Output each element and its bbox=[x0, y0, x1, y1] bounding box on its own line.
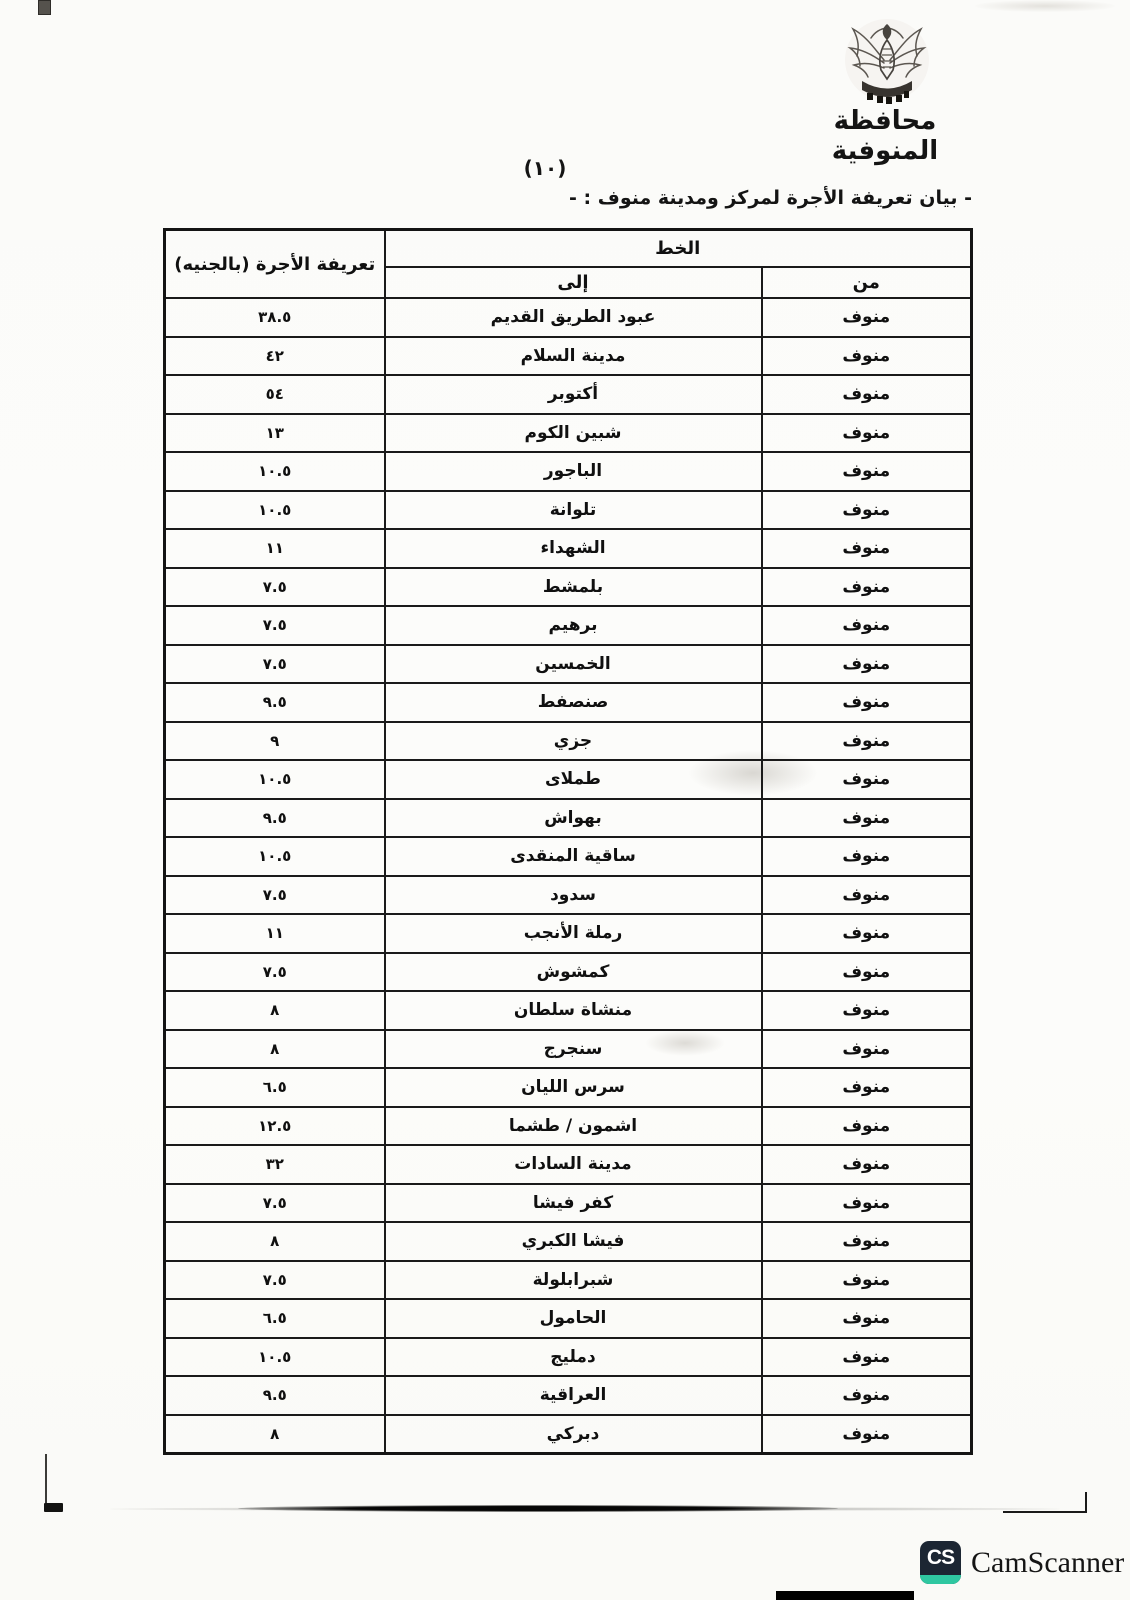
scan-corner-left-foot bbox=[44, 1503, 63, 1512]
table-row: منوف مدينة السادات ٣٢ bbox=[165, 1145, 972, 1184]
fare-cell: ٦.٥ bbox=[165, 1068, 385, 1107]
fare-cell: ٩.٥ bbox=[165, 799, 385, 838]
from-cell: منوف bbox=[762, 1415, 972, 1454]
from-cell: منوف bbox=[762, 337, 972, 376]
to-cell: سدود bbox=[385, 876, 762, 915]
to-cell: شبرابلولة bbox=[385, 1261, 762, 1300]
from-cell: منوف bbox=[762, 1145, 972, 1184]
fare-cell: ٨ bbox=[165, 991, 385, 1030]
to-cell: شبين الكوم bbox=[385, 414, 762, 453]
from-cell: منوف bbox=[762, 914, 972, 953]
from-cell: منوف bbox=[762, 414, 972, 453]
table-row: منوف شبين الكوم ١٣ bbox=[165, 414, 972, 453]
camscanner-icon-text: CS bbox=[927, 1541, 954, 1574]
table-row: منوف كفر فيشا ٧.٥ bbox=[165, 1184, 972, 1223]
table-row: منوف دبركي ٨ bbox=[165, 1415, 972, 1454]
to-cell: سرس الليان bbox=[385, 1068, 762, 1107]
table-row: منوف الحامول ٦.٥ bbox=[165, 1299, 972, 1338]
from-cell: منوف bbox=[762, 1299, 972, 1338]
fare-cell: ١٢.٥ bbox=[165, 1107, 385, 1146]
to-cell: رملة الأنجب bbox=[385, 914, 762, 953]
to-cell: أكتوبر bbox=[385, 375, 762, 414]
fare-cell: ١٠.٥ bbox=[165, 837, 385, 876]
fare-cell: ١٠.٥ bbox=[165, 452, 385, 491]
scan-corner-right bbox=[1003, 1492, 1087, 1513]
to-cell: تلوانة bbox=[385, 491, 762, 530]
scan-artifact-mark bbox=[38, 0, 51, 15]
scanned-document-page: محافظة المنوفية (١٠) - بيان تعريفة الأجر… bbox=[0, 0, 1130, 1600]
scan-corner-left bbox=[45, 1454, 47, 1506]
table-row: منوف سدود ٧.٥ bbox=[165, 876, 972, 915]
from-cell: منوف bbox=[762, 799, 972, 838]
from-cell: منوف bbox=[762, 529, 972, 568]
fare-cell: ١٠.٥ bbox=[165, 491, 385, 530]
from-cell: منوف bbox=[762, 1068, 972, 1107]
camscanner-watermark: CS CamScanner bbox=[920, 1541, 1124, 1584]
to-cell: جزي bbox=[385, 722, 762, 761]
from-cell: منوف bbox=[762, 1107, 972, 1146]
from-cell: منوف bbox=[762, 568, 972, 607]
from-cell: منوف bbox=[762, 491, 972, 530]
table-row: منوف صنصفط ٩.٥ bbox=[165, 683, 972, 722]
fare-cell: ٣٢ bbox=[165, 1145, 385, 1184]
table-row: منوف مدينة السلام ٤٢ bbox=[165, 337, 972, 376]
fare-cell: ١١ bbox=[165, 529, 385, 568]
fare-cell: ٨ bbox=[165, 1030, 385, 1069]
from-cell: منوف bbox=[762, 722, 972, 761]
fare-cell: ٩.٥ bbox=[165, 1376, 385, 1415]
from-cell: منوف bbox=[762, 1184, 972, 1223]
table-row: منوف عبود الطريق القديم ٣٨.٥ bbox=[165, 298, 972, 337]
to-cell: الحامول bbox=[385, 1299, 762, 1338]
table-row: منوف تلوانة ١٠.٥ bbox=[165, 491, 972, 530]
to-cell: بهواش bbox=[385, 799, 762, 838]
from-cell: منوف bbox=[762, 1338, 972, 1377]
camscanner-label: CamScanner bbox=[971, 1541, 1124, 1584]
from-cell: منوف bbox=[762, 298, 972, 337]
fare-cell: ٩ bbox=[165, 722, 385, 761]
page-number: (١٠) bbox=[500, 156, 590, 180]
to-cell: عبود الطريق القديم bbox=[385, 298, 762, 337]
to-cell: كفر فيشا bbox=[385, 1184, 762, 1223]
from-cell: منوف bbox=[762, 876, 972, 915]
header-line: الخط bbox=[385, 230, 972, 268]
fare-cell: ٥٤ bbox=[165, 375, 385, 414]
fare-cell: ١٣ bbox=[165, 414, 385, 453]
fare-cell: ٧.٥ bbox=[165, 1261, 385, 1300]
fare-cell: ٧.٥ bbox=[165, 1184, 385, 1223]
to-cell: الخمسين bbox=[385, 645, 762, 684]
camscanner-icon: CS bbox=[920, 1541, 961, 1584]
document-title: - بيان تعريفة الأجرة لمركز ومدينة منوف :… bbox=[569, 187, 972, 209]
table-row: منوف أكتوبر ٥٤ bbox=[165, 375, 972, 414]
table-header: الخط تعريفة الأجرة (بالجنيه) من إلى bbox=[165, 230, 972, 299]
scan-edge-shadow-dark bbox=[238, 1505, 838, 1512]
fare-cell: ٨ bbox=[165, 1415, 385, 1454]
to-cell: فيشا الكبري bbox=[385, 1222, 762, 1261]
fare-cell: ١٠.٥ bbox=[165, 1338, 385, 1377]
from-cell: منوف bbox=[762, 683, 972, 722]
table-row: منوف الشهداء ١١ bbox=[165, 529, 972, 568]
header-from: من bbox=[762, 267, 972, 298]
fare-cell: ٨ bbox=[165, 1222, 385, 1261]
from-cell: منوف bbox=[762, 1030, 972, 1069]
scan-black-bar bbox=[776, 1591, 914, 1600]
table-row: منوف اشمون / طشما ١٢.٥ bbox=[165, 1107, 972, 1146]
from-cell: منوف bbox=[762, 1222, 972, 1261]
fare-cell: ٤٢ bbox=[165, 337, 385, 376]
from-cell: منوف bbox=[762, 1376, 972, 1415]
to-cell: برهيم bbox=[385, 606, 762, 645]
header-to: إلى bbox=[385, 267, 762, 298]
from-cell: منوف bbox=[762, 375, 972, 414]
from-cell: منوف bbox=[762, 991, 972, 1030]
table-row: منوف رملة الأنجب ١١ bbox=[165, 914, 972, 953]
to-cell: الشهداء bbox=[385, 529, 762, 568]
to-cell: طملاى bbox=[385, 760, 762, 799]
governorate-name: محافظة المنوفية bbox=[790, 106, 980, 166]
fare-cell: ٧.٥ bbox=[165, 645, 385, 684]
from-cell: منوف bbox=[762, 760, 972, 799]
fare-cell: ٣٨.٥ bbox=[165, 298, 385, 337]
table-row: منوف شبرابلولة ٧.٥ bbox=[165, 1261, 972, 1300]
to-cell: سنجرج bbox=[385, 1030, 762, 1069]
table-row: منوف ساقية المنقدى ١٠.٥ bbox=[165, 837, 972, 876]
to-cell: دمليج bbox=[385, 1338, 762, 1377]
table-row: منوف سنجرج ٨ bbox=[165, 1030, 972, 1069]
to-cell: مدينة السلام bbox=[385, 337, 762, 376]
menoufia-eagle-emblem-logo bbox=[840, 16, 935, 108]
to-cell: العراقية bbox=[385, 1376, 762, 1415]
table-body: منوف عبود الطريق القديم ٣٨.٥ منوف مدينة … bbox=[165, 298, 972, 1454]
to-cell: صنصفط bbox=[385, 683, 762, 722]
table-row: منوف دمليج ١٠.٥ bbox=[165, 1338, 972, 1377]
fare-cell: ١١ bbox=[165, 914, 385, 953]
to-cell: منشاة سلطان bbox=[385, 991, 762, 1030]
to-cell: الباجور bbox=[385, 452, 762, 491]
to-cell: دبركي bbox=[385, 1415, 762, 1454]
fare-cell: ٩.٥ bbox=[165, 683, 385, 722]
fare-cell: ٧.٥ bbox=[165, 953, 385, 992]
table-row: منوف بلمشط ٧.٥ bbox=[165, 568, 972, 607]
fare-cell: ٧.٥ bbox=[165, 606, 385, 645]
fare-cell: ٧.٥ bbox=[165, 876, 385, 915]
table-row: منوف برهيم ٧.٥ bbox=[165, 606, 972, 645]
table-row: منوف العراقية ٩.٥ bbox=[165, 1376, 972, 1415]
to-cell: اشمون / طشما bbox=[385, 1107, 762, 1146]
table-row: منوف كمشوش ٧.٥ bbox=[165, 953, 972, 992]
to-cell: ساقية المنقدى bbox=[385, 837, 762, 876]
fare-tariff-table: الخط تعريفة الأجرة (بالجنيه) من إلى منوف… bbox=[163, 228, 973, 1455]
from-cell: منوف bbox=[762, 953, 972, 992]
to-cell: مدينة السادات bbox=[385, 1145, 762, 1184]
table-row: منوف فيشا الكبري ٨ bbox=[165, 1222, 972, 1261]
from-cell: منوف bbox=[762, 837, 972, 876]
table-row: منوف الباجور ١٠.٥ bbox=[165, 452, 972, 491]
to-cell: بلمشط bbox=[385, 568, 762, 607]
header-fare: تعريفة الأجرة (بالجنيه) bbox=[165, 230, 385, 299]
table-row: منوف جزي ٩ bbox=[165, 722, 972, 761]
table-row: منوف منشاة سلطان ٨ bbox=[165, 991, 972, 1030]
table-row: منوف طملاى ١٠.٥ bbox=[165, 760, 972, 799]
fare-cell: ٧.٥ bbox=[165, 568, 385, 607]
to-cell: كمشوش bbox=[385, 953, 762, 992]
fare-cell: ٦.٥ bbox=[165, 1299, 385, 1338]
camscanner-icon-accent bbox=[920, 1575, 961, 1584]
from-cell: منوف bbox=[762, 452, 972, 491]
scan-smudge bbox=[975, 0, 1115, 12]
table-row: منوف الخمسين ٧.٥ bbox=[165, 645, 972, 684]
from-cell: منوف bbox=[762, 1261, 972, 1300]
from-cell: منوف bbox=[762, 606, 972, 645]
fare-cell: ١٠.٥ bbox=[165, 760, 385, 799]
from-cell: منوف bbox=[762, 645, 972, 684]
table-row: منوف بهواش ٩.٥ bbox=[165, 799, 972, 838]
table-row: منوف سرس الليان ٦.٥ bbox=[165, 1068, 972, 1107]
